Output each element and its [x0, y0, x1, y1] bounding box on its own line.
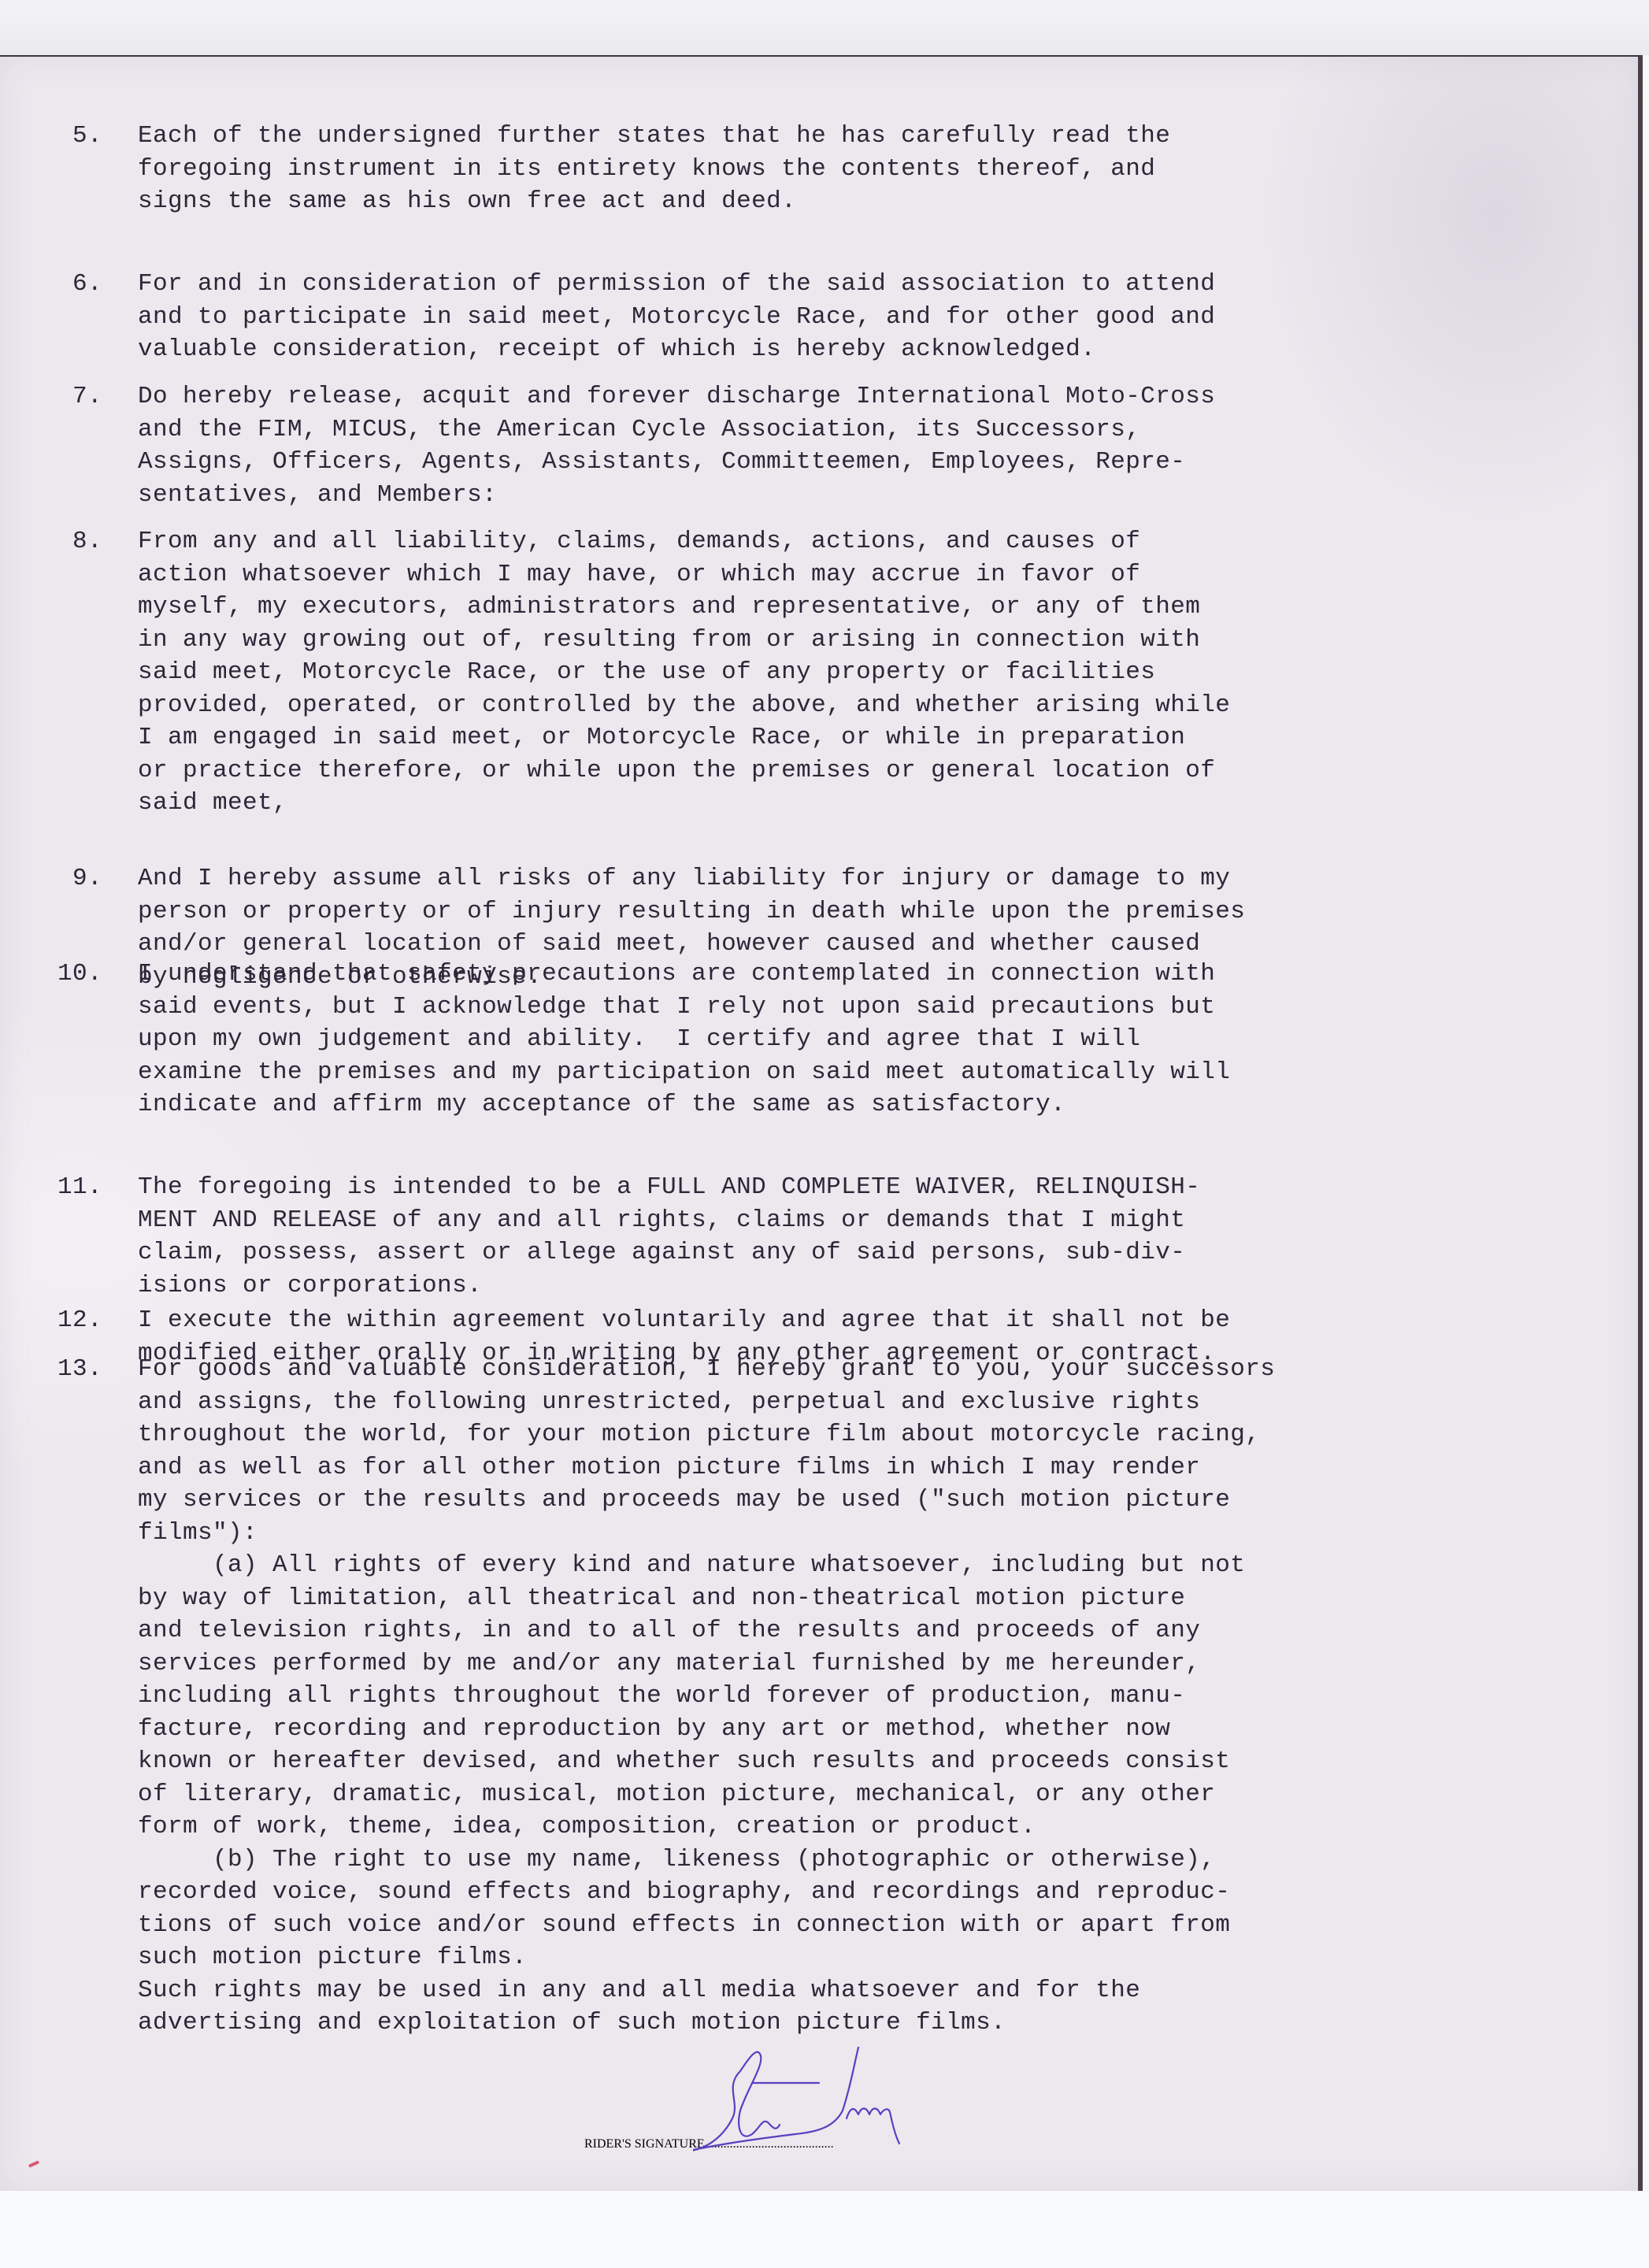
clause-text-line: films"): [138, 1517, 258, 1550]
scan-top-margin [0, 0, 1649, 55]
clause-text-line: From any and all liability, claims, dema… [138, 525, 1140, 558]
clause-text-line: (b) The right to use my name, likeness (… [138, 1844, 1215, 1877]
clause-text-line: I execute the within agreement voluntari… [138, 1304, 1230, 1337]
clause-text-line: Each of the undersigned further states t… [138, 120, 1170, 153]
clause-text-line: claim, possess, assert or allege against… [138, 1236, 1185, 1269]
clause-text-line: myself, my executors, administrators and… [138, 591, 1200, 624]
clause-text-line: form of work, theme, idea, composition, … [138, 1810, 1036, 1844]
clause-text-line: Such rights may be used in any and all m… [138, 1974, 1140, 2007]
clause-text-line: I understand that safety precautions are… [138, 958, 1215, 991]
clause-text-line: indicate and affirm my acceptance of the… [138, 1088, 1065, 1121]
clause-text-line: said events, but I acknowledge that I re… [138, 991, 1215, 1024]
clause-number: 11. [0, 1171, 102, 1204]
clause-text-line: and television rights, in and to all of … [138, 1614, 1200, 1647]
clause-number: 5. [0, 120, 102, 153]
clause-text-line: (a) All rights of every kind and nature … [138, 1549, 1245, 1582]
clause-text-line: recorded voice, sound effects and biogra… [138, 1876, 1230, 1909]
clause-text-line: such motion picture films. [138, 1941, 527, 1974]
clause-text-line: sentatives, and Members: [138, 479, 497, 512]
clause-text-line: isions or corporations. [138, 1269, 482, 1303]
clause-number: 12. [0, 1304, 102, 1337]
clause-number: 9. [0, 862, 102, 895]
clause-text-line: in any way growing out of, resulting fro… [138, 624, 1200, 657]
clause-text-line: including all rights throughout the worl… [138, 1680, 1185, 1713]
clause-text-line: The foregoing is intended to be a FULL A… [138, 1171, 1200, 1204]
clause-text-line: Do hereby release, acquit and forever di… [138, 380, 1215, 413]
handwritten-signature [693, 2040, 945, 2158]
clause-text-line: known or hereafter devised, and whether … [138, 1745, 1230, 1778]
clause-text-line: I am engaged in said meet, or Motorcycle… [138, 721, 1185, 754]
clause-text-line: For and in consideration of permission o… [138, 268, 1215, 301]
clause-text-line: For goods and valuable consideration, I … [138, 1353, 1275, 1386]
clause-number: 6. [0, 268, 102, 301]
clause-text-line: signs the same as his own free act and d… [138, 185, 796, 218]
clause-number: 10. [0, 958, 102, 991]
clause-text-line: Assigns, Officers, Agents, Assistants, C… [138, 446, 1185, 479]
clause-text-line: or practice therefore, or while upon the… [138, 754, 1215, 787]
clause-text-line: said meet, [138, 787, 287, 820]
clause-text-line: throughout the world, for your motion pi… [138, 1418, 1260, 1451]
clause-text-line: action whatsoever which I may have, or w… [138, 558, 1140, 591]
clause-text-line: foregoing instrument in its entirety kno… [138, 153, 1155, 186]
clause-text-line: my services or the results and proceeds … [138, 1484, 1230, 1517]
clause-text-line: and to participate in said meet, Motorcy… [138, 301, 1215, 334]
clause-text-line: tions of such voice and/or sound effects… [138, 1909, 1230, 1942]
scan-bottom-margin [0, 2191, 1649, 2268]
clause-text-line: and the FIM, MICUS, the American Cycle A… [138, 413, 1140, 447]
clause-text-line: advertising and exploitation of such mot… [138, 2007, 1006, 2040]
clause-text-line: upon my own judgement and ability. I cer… [138, 1023, 1140, 1056]
clause-text-line: provided, operated, or controlled by the… [138, 689, 1230, 722]
clause-text-line: valuable consideration, receipt of which… [138, 333, 1095, 366]
clause-text-line: by way of limitation, all theatrical and… [138, 1582, 1185, 1615]
clause-text-line: person or property or of injury resultin… [138, 895, 1245, 928]
clause-text-line: and/or general location of said meet, ho… [138, 928, 1200, 961]
clause-text-line: services performed by me and/or any mate… [138, 1647, 1200, 1681]
clause-text-line: And I hereby assume all risks of any lia… [138, 862, 1230, 895]
clause-text-line: and as well as for all other motion pict… [138, 1451, 1200, 1484]
clause-text-line: MENT AND RELEASE of any and all rights, … [138, 1204, 1185, 1237]
clause-text-line: facture, recording and reproduction by a… [138, 1713, 1170, 1746]
clause-text-line: examine the premises and my participatio… [138, 1056, 1230, 1089]
clause-number: 13. [0, 1353, 102, 1386]
clause-number: 7. [0, 380, 102, 413]
clause-text-line: said meet, Motorcycle Race, or the use o… [138, 656, 1155, 689]
clause-number: 8. [0, 525, 102, 558]
clause-text-line: of literary, dramatic, musical, motion p… [138, 1778, 1215, 1811]
clause-text-line: and assigns, the following unrestricted,… [138, 1386, 1200, 1419]
